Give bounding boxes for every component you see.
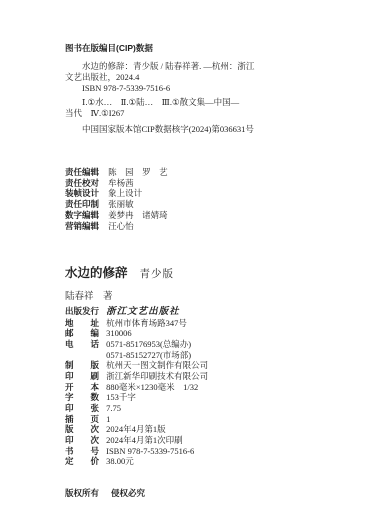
pub-value: 7.75: [106, 403, 121, 413]
pub-row-impression: 印次 2024年4月第1次印刷: [65, 435, 208, 446]
cip-bibliographic-line-2: 文艺出版社，2024.4: [65, 72, 320, 83]
pub-label: 印次: [65, 435, 99, 446]
pub-value: 浙江新华印刷技术有限公司: [106, 371, 208, 381]
staff-value: 牟杨茜: [108, 178, 134, 188]
pub-label: 书号: [65, 446, 99, 457]
staff-row-designer: 装帧设计 象上设计: [65, 188, 168, 199]
pub-value: 0571-85176953(总编办): [106, 339, 191, 349]
pub-row-phone-1: 电话 0571-85176953(总编办): [65, 339, 208, 350]
staff-credits-section: 责任编辑 陈 园 罗 艺 责任校对 牟杨茜 装帧设计 象上设计 责任印制 张丽敏…: [65, 167, 168, 231]
pub-value: 杭州天一图文制作有限公司: [106, 360, 208, 370]
pub-row-postcode: 邮编 310006: [65, 328, 208, 339]
cip-classification-line-2: 当代 Ⅳ.①I267: [65, 108, 320, 119]
staff-row-print-supervisor: 责任印制 张丽敏: [65, 199, 168, 210]
staff-row-digital-editor: 数字编辑 姜梦冉 诸婧琦: [65, 210, 168, 221]
pub-value: 0571-85152727(市场部): [106, 350, 191, 360]
cip-section: 图书在版编目(CIP)数据 水边的修辞：青少版 / 陆春祥著. —杭州：浙江 文…: [65, 43, 320, 135]
title-section: 水边的修辞青少版 陆春祥 著: [65, 264, 174, 302]
staff-label: 数字编辑: [65, 210, 99, 221]
pub-label: 制版: [65, 360, 99, 371]
staff-value: 汪心怡: [108, 221, 134, 231]
pub-label: 定价: [65, 456, 99, 467]
cip-isbn-line: ISBN 978-7-5339-7516-6: [65, 83, 320, 94]
pub-row-plate-making: 制版 杭州天一图文制作有限公司: [65, 360, 208, 371]
cip-bibliographic-line-1: 水边的修辞：青少版 / 陆春祥著. —杭州：浙江: [65, 61, 320, 72]
pub-label: 开本: [65, 382, 99, 393]
pub-row-format: 开本 880毫米×1230毫米 1/32: [65, 382, 208, 393]
pub-label: 出版发行: [65, 306, 99, 317]
pub-value: 310006: [106, 328, 132, 338]
pub-row-printer: 印刷 浙江新华印刷技术有限公司: [65, 371, 208, 382]
pub-value: 880毫米×1230毫米 1/32: [106, 382, 198, 392]
pub-row-publisher: 出版发行 浙江文艺出版社: [65, 306, 208, 318]
pub-row-sheets: 印张 7.75: [65, 403, 208, 414]
pub-row-word-count: 字数 153千字: [65, 392, 208, 403]
cip-registry-line: 中国国家版本馆CIP数据核字(2024)第036631号: [65, 124, 320, 135]
pub-value: 153千字: [106, 392, 136, 402]
pub-row-price: 定价 38.00元: [65, 456, 208, 467]
staff-row-editor: 责任编辑 陈 园 罗 艺: [65, 167, 168, 178]
copyright-notice-right: 侵权必究: [111, 488, 145, 498]
pub-value: 杭州市体育场路347号: [106, 318, 187, 328]
pub-value: 38.00元: [106, 456, 134, 466]
staff-value: 姜梦冉 诸婧琦: [108, 210, 168, 220]
publication-details-section: 出版发行 浙江文艺出版社 地址 杭州市体育场路347号 邮编 310006 电话…: [65, 306, 208, 467]
pub-row-address: 地址 杭州市体育场路347号: [65, 318, 208, 329]
staff-row-proofreader: 责任校对 牟杨茜: [65, 178, 168, 189]
pub-row-inserts: 插页 1: [65, 414, 208, 425]
staff-label: 装帧设计: [65, 188, 99, 199]
staff-row-marketing-editor: 营销编辑 汪心怡: [65, 221, 168, 232]
pub-label: 插页: [65, 414, 99, 425]
pub-label: 印张: [65, 403, 99, 414]
cip-header: 图书在版编目(CIP)数据: [65, 43, 320, 54]
staff-value: 象上设计: [108, 188, 142, 198]
title-line: 水边的修辞青少版: [65, 264, 174, 282]
colophon-page: 图书在版编目(CIP)数据 水边的修辞：青少版 / 陆春祥著. —杭州：浙江 文…: [0, 0, 375, 529]
copyright-notice: 版权所有 侵权必究: [65, 483, 145, 501]
pub-row-phone-2: 0571-85152727(市场部): [65, 350, 208, 361]
publisher-imprint: 浙江文艺出版社: [106, 307, 180, 317]
pub-label: 版次: [65, 424, 99, 435]
staff-label: 责任印制: [65, 199, 99, 210]
staff-value: 张丽敏: [108, 199, 134, 209]
pub-row-isbn: 书号 ISBN 978-7-5339-7516-6: [65, 446, 208, 457]
pub-row-edition: 版次 2024年4月第1版: [65, 424, 208, 435]
cip-classification-line-1: Ⅰ.①水… Ⅱ.①陆… Ⅲ.①散文集—中国—: [65, 97, 320, 108]
book-title: 水边的修辞: [65, 266, 128, 280]
pub-value: 1: [106, 414, 110, 424]
pub-label: 邮编: [65, 328, 99, 339]
staff-label: 责任校对: [65, 178, 99, 189]
pub-value: 2024年4月第1版: [106, 424, 166, 434]
pub-label: 印刷: [65, 371, 99, 382]
pub-label: 地址: [65, 318, 99, 329]
pub-label: 字数: [65, 392, 99, 403]
staff-label: 营销编辑: [65, 221, 99, 232]
pub-value: 2024年4月第1次印刷: [106, 435, 183, 445]
staff-label: 责任编辑: [65, 167, 99, 178]
pub-label: 电话: [65, 339, 99, 350]
copyright-notice-left: 版权所有: [65, 488, 99, 498]
book-edition: 青少版: [140, 269, 175, 280]
pub-value: ISBN 978-7-5339-7516-6: [106, 446, 194, 456]
book-author: 陆春祥 著: [65, 288, 174, 302]
staff-value: 陈 园 罗 艺: [108, 167, 168, 177]
